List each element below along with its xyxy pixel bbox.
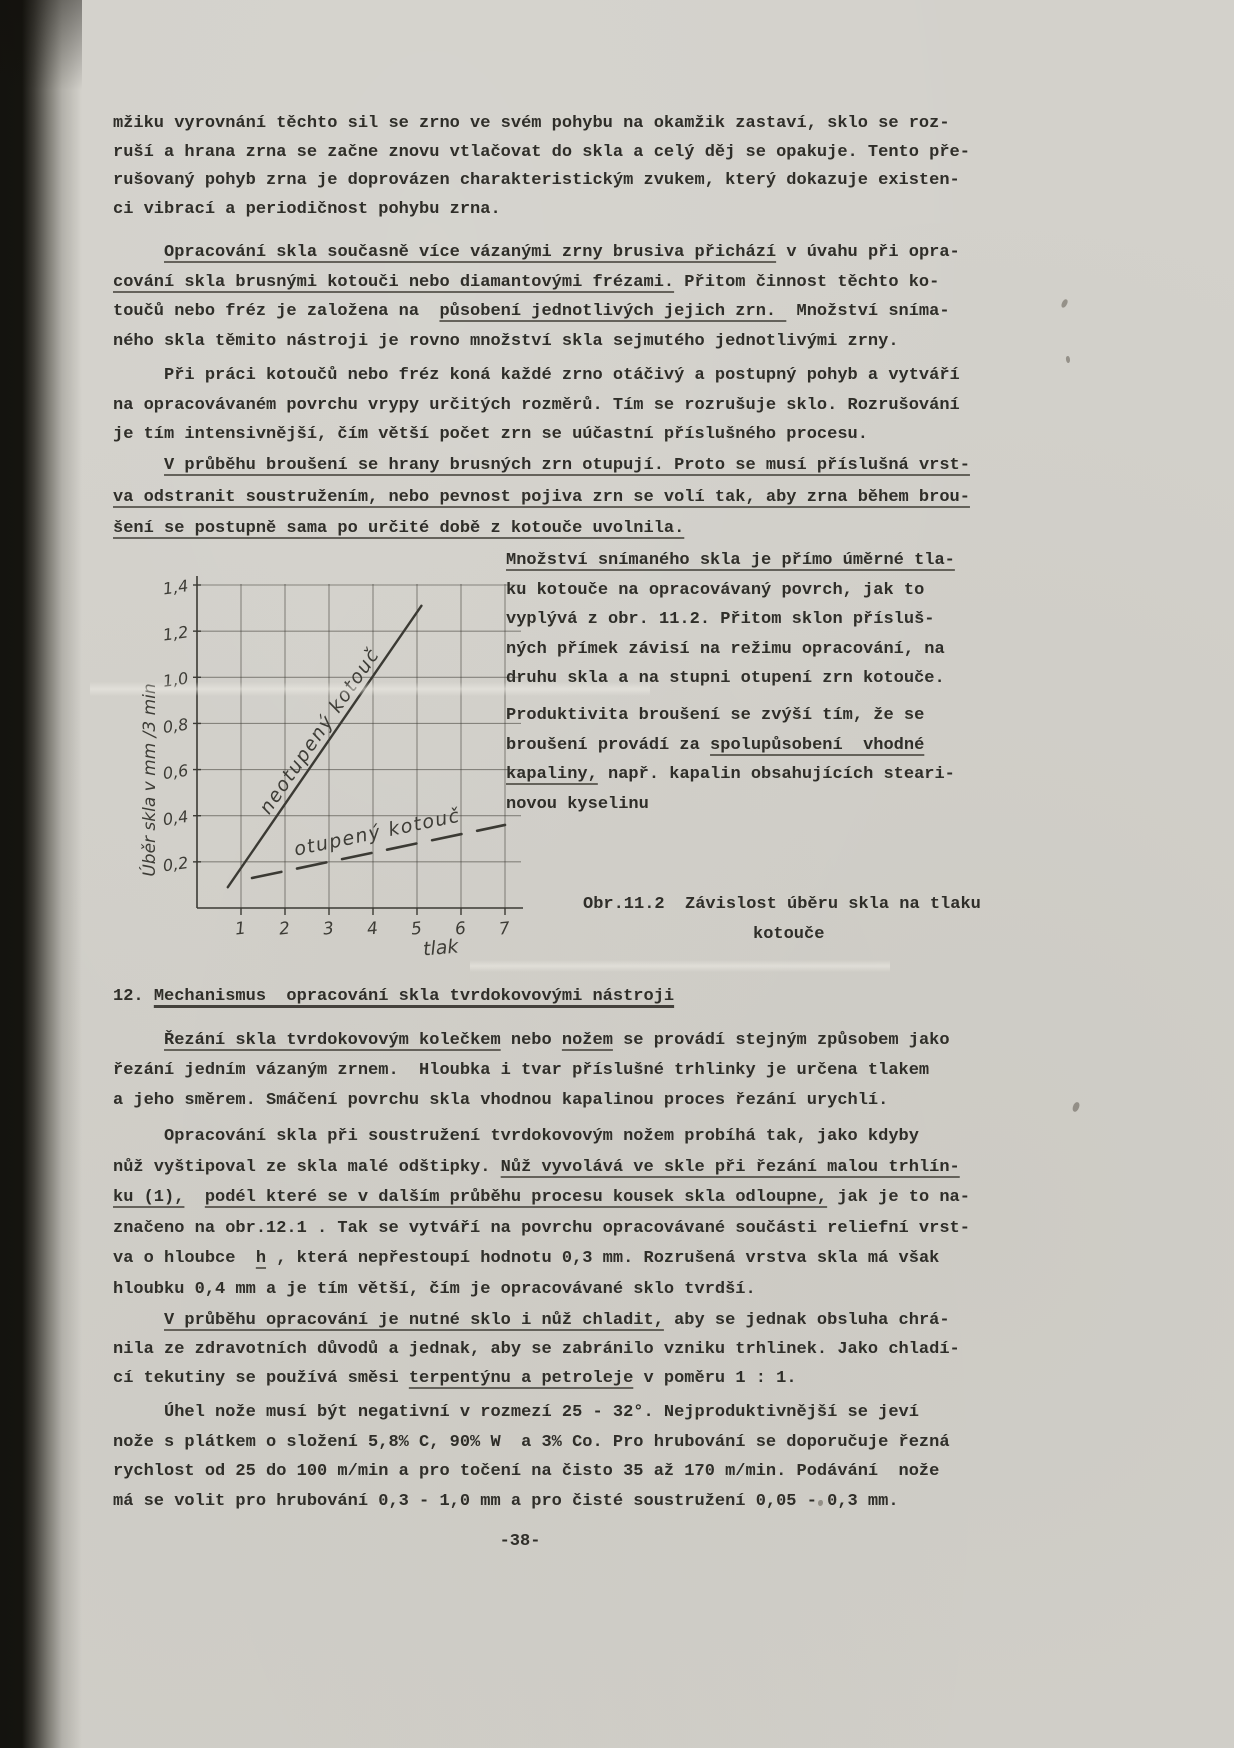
text-line: je tím intensivnější, čím větší počet zr…: [113, 420, 993, 450]
text-line: Množství snímaného skla je přímo úměrné …: [506, 546, 981, 576]
text-line: ku kotouče na opracovávaný povrch, jak t…: [506, 576, 981, 606]
x-axis-label: tlak: [422, 935, 460, 960]
text-segment: ných přímek závisí na režimu opracování,…: [506, 640, 945, 659]
underlined-text: h: [256, 1249, 266, 1268]
text-line: va o hloubce h , která nepřestoupí hodno…: [113, 1244, 1003, 1275]
section-heading: 12. Mechanismus opracování skla tvrdokov…: [113, 982, 1013, 1012]
text-segment: ného skla těmito nástroji je rovno množs…: [113, 332, 899, 351]
underlined-text: Opracování skla současně více vázanými z…: [164, 243, 776, 262]
text-segment: je tím intensivnější, čím větší počet zr…: [113, 425, 868, 444]
text-line: druhu skla a na stupni otupení zrn kotou…: [506, 664, 981, 694]
underlined-text: působení jednotlivých jejich zrn.: [439, 302, 786, 321]
text-line: řezání jedním vázaným zrnem. Hloubka i t…: [113, 1056, 1003, 1086]
series-label: neotupený kotouč: [255, 644, 384, 818]
text-line: na opracovávaném povrchu vrypy určitých …: [113, 391, 993, 421]
y-tick-label: 1,4: [162, 576, 190, 598]
text-line: ruší a hrana zrna se začne znovu vtlačov…: [113, 139, 993, 168]
series-label: otupený kotouč: [292, 805, 462, 861]
paragraph: V průběhu broušení se hrany brusných zrn…: [113, 450, 993, 545]
paragraph: Produktivita broušení se zvýší tím, že s…: [506, 701, 981, 819]
text-line: vyplývá z obr. 11.2. Přitom sklon příslu…: [506, 605, 981, 635]
text-line: va odstranit soustružením, nebo pevnost …: [113, 482, 993, 514]
text-segment: a jeho směrem. Smáčení povrchu skla vhod…: [113, 1091, 888, 1110]
underlined-text: podél které se v dalším průběhu procesu …: [205, 1188, 827, 1207]
text-line: Při práci kotoučů nebo fréz koná každé z…: [113, 361, 993, 391]
text-line: V průběhu opracování je nutné sklo i nůž…: [113, 1306, 1003, 1335]
underlined-text: Řezání skla tvrdokovovým kolečkem: [164, 1031, 501, 1050]
text-segment: se provádí stejným způsobem jako: [613, 1031, 950, 1050]
text-segment: aby se jednak obsluha chrá-: [664, 1311, 950, 1330]
text-line: mžiku vyrovnání těchto sil se zrno ve sv…: [113, 110, 993, 139]
text-segment: vyplývá z obr. 11.2. Přitom sklon příslu…: [506, 610, 934, 629]
y-tick-label: 0,8: [162, 715, 190, 737]
text-segment: řezání jedním vázaným zrnem. Hloubka i t…: [113, 1061, 929, 1080]
paragraph: mžiku vyrovnání těchto sil se zrno ve sv…: [113, 110, 993, 224]
text-segment: toučů nebo fréz je založena na: [113, 302, 439, 321]
text-segment: nůž vyštipoval ze skla malé odštipky.: [113, 1158, 501, 1177]
text-segment: Při práci kotoučů nebo fréz koná každé z…: [113, 366, 960, 385]
text-segment: nože s plátkem o složení 5,8% C, 90% W a…: [113, 1433, 950, 1452]
figure-chart: 1,41,21,00,80,60,40,21234567Úběr skla v …: [137, 540, 539, 974]
text-segment: rušovaný pohyb zrna je doprovázen charak…: [113, 171, 960, 190]
text-line: ných přímek závisí na režimu opracování,…: [506, 635, 981, 665]
x-tick-label: 1: [234, 919, 247, 940]
text-line: Opracování skla současně více vázanými z…: [113, 238, 993, 268]
underlined-text: kapaliny,: [506, 765, 598, 784]
y-tick-label: 0,4: [162, 807, 190, 829]
text-segment: broušení provádí za: [506, 736, 710, 755]
text-segment: nebo: [501, 1031, 562, 1050]
paper-speck: [1065, 356, 1070, 364]
text-segment: cí tekutiny se používá směsi: [113, 1369, 409, 1388]
x-tick-label: 2: [278, 919, 291, 940]
text-segment: Opracování skla při soustružení tvrdokov…: [113, 1127, 919, 1146]
text-segment: druhu skla a na stupni otupení zrn kotou…: [506, 669, 945, 688]
text-segment: novou kyselinu: [506, 795, 649, 814]
paragraph: Množství snímaného skla je přímo úměrné …: [506, 546, 981, 694]
y-tick-label: 1,2: [162, 622, 190, 644]
text-segment: [113, 456, 164, 475]
text-segment: v úvahu při opra-: [776, 243, 960, 262]
text-segment: značeno na obr.12.1 . Tak se vytváří na …: [113, 1219, 970, 1238]
underlined-text: Množství snímaného skla je přímo úměrné …: [506, 551, 955, 570]
text-line: Opracování skla při soustružení tvrdokov…: [113, 1122, 1003, 1153]
y-axis-label: Úběr skla v mm /3 min: [138, 683, 160, 876]
text-segment: Přitom činnost těchto ko-: [674, 273, 939, 292]
caption-line: kotouče: [583, 920, 1003, 950]
text-line: novou kyselinu: [506, 790, 981, 820]
x-tick-label: 5: [410, 919, 423, 940]
text-line: hloubku 0,4 mm a je tím větší, čím je op…: [113, 1275, 1003, 1306]
text-line: Řezání skla tvrdokovovým kolečkem nebo n…: [113, 1026, 1003, 1056]
text-segment: ku kotouče na opracovávaný povrch, jak t…: [506, 581, 924, 600]
underlined-text: terpentýnu a petroleje: [409, 1369, 633, 1388]
text-segment: rychlost od 25 do 100 m/min a pro točení…: [113, 1462, 939, 1481]
paragraph: Opracování skla současně více vázanými z…: [113, 238, 993, 356]
text-segment: [113, 243, 164, 262]
text-segment: např. kapalin obsahujících steari-: [598, 765, 955, 784]
y-tick-label: 0,6: [162, 761, 190, 783]
text-line: rychlost od 25 do 100 m/min a pro točení…: [113, 1457, 1003, 1487]
text-line: nože s plátkem o složení 5,8% C, 90% W a…: [113, 1428, 1003, 1458]
text-segment: va o hloubce: [113, 1249, 256, 1268]
text-segment: [113, 1031, 164, 1050]
text-line: toučů nebo fréz je založena na působení …: [113, 297, 993, 327]
page-number: -38-: [0, 1532, 1040, 1551]
underlined-text: nožem: [562, 1031, 613, 1050]
text-line: cování skla brusnými kotouči nebo diaman…: [113, 268, 993, 298]
text-segment: Množství sníma-: [786, 302, 949, 321]
text-line: rušovaný pohyb zrna je doprovázen charak…: [113, 167, 993, 196]
underlined-text: spolupůsobení vhodné: [710, 736, 924, 755]
text-line: V průběhu broušení se hrany brusných zrn…: [113, 450, 993, 482]
text-segment: v poměru 1 : 1.: [633, 1369, 796, 1388]
text-segment: hloubku 0,4 mm a je tím větší, čím je op…: [113, 1280, 756, 1299]
text-line: Úhel nože musí být negativní v rozmezí 2…: [113, 1398, 1003, 1428]
text-segment: ci vibrací a periodičnost pohybu zrna.: [113, 200, 501, 219]
text-line: ci vibrací a periodičnost pohybu zrna.: [113, 196, 993, 225]
text-segment: 12.: [113, 987, 154, 1006]
text-segment: na opracovávaném povrchu vrypy určitých …: [113, 396, 960, 415]
text-line: ného skla těmito nástroji je rovno množs…: [113, 327, 993, 357]
underlined-text: va odstranit soustružením, nebo pevnost …: [113, 488, 970, 507]
caption-line: Obr.11.2 Závislost úběru skla na tlaku: [583, 890, 1003, 920]
x-tick-label: 7: [498, 918, 511, 939]
text-line: ku (1), podél které se v dalším průběhu …: [113, 1183, 1003, 1214]
figure-caption: Obr.11.2 Závislost úběru skla na tlaku k…: [583, 890, 1003, 950]
underlined-text: V průběhu opracování je nutné sklo i nůž…: [164, 1311, 664, 1330]
paper-speck: [1060, 298, 1068, 308]
underlined-text: Nůž vyvolává ve skle při řezání malou tr…: [501, 1158, 960, 1177]
scanned-page: mžiku vyrovnání těchto sil se zrno ve sv…: [0, 0, 1234, 1748]
paragraph: Řezání skla tvrdokovovým kolečkem nebo n…: [113, 1026, 1003, 1116]
text-segment: má se volit pro hrubování 0,3 - 1,0 mm a…: [113, 1492, 899, 1511]
x-tick-label: 4: [366, 919, 379, 940]
text-line: značeno na obr.12.1 . Tak se vytváří na …: [113, 1214, 1003, 1245]
text-segment: jak je to na-: [827, 1188, 970, 1207]
text-line: a jeho směrem. Smáčení povrchu skla vhod…: [113, 1086, 1003, 1116]
underlined-text: cování skla brusnými kotouči nebo diaman…: [113, 273, 674, 292]
text-line: cí tekutiny se používá směsi terpentýnu …: [113, 1364, 1003, 1393]
text-line: nůž vyštipoval ze skla malé odštipky. Nů…: [113, 1153, 1003, 1184]
text-segment: [113, 1311, 164, 1330]
paper-speck: [1072, 1101, 1081, 1112]
x-tick-label: 3: [322, 919, 335, 940]
paragraph: Při práci kotoučů nebo fréz koná každé z…: [113, 361, 993, 450]
underlined-text: šení se postupně sama po určité době z k…: [113, 519, 684, 538]
text-segment: nila ze zdravotních důvodů a jednak, aby…: [113, 1340, 960, 1359]
text-segment: [184, 1188, 204, 1207]
text-line: nila ze zdravotních důvodů a jednak, aby…: [113, 1335, 1003, 1364]
text-line: broušení provádí za spolupůsobení vhodné: [506, 731, 981, 761]
paragraph: V průběhu opracování je nutné sklo i nůž…: [113, 1306, 1003, 1393]
text-segment: Produktivita broušení se zvýší tím, že s…: [506, 706, 924, 725]
underlined-text: ku (1),: [113, 1188, 184, 1207]
text-line: má se volit pro hrubování 0,3 - 1,0 mm a…: [113, 1487, 1003, 1517]
underlined-text: V průběhu broušení se hrany brusných zrn…: [164, 456, 970, 475]
text-segment: Úhel nože musí být negativní v rozmezí 2…: [113, 1403, 919, 1422]
paragraph: Úhel nože musí být negativní v rozmezí 2…: [113, 1398, 1003, 1516]
text-line: Produktivita broušení se zvýší tím, že s…: [506, 701, 981, 731]
y-tick-label: 1,0: [162, 668, 190, 690]
text-line: 12. Mechanismus opracování skla tvrdokov…: [113, 982, 1013, 1012]
paragraph: Opracování skla při soustružení tvrdokov…: [113, 1122, 1003, 1305]
text-segment: ruší a hrana zrna se začne znovu vtlačov…: [113, 143, 970, 162]
y-tick-label: 0,2: [162, 853, 190, 875]
text-segment: , která nepřestoupí hodnotu 0,3 mm. Rozr…: [266, 1249, 939, 1268]
binding-shadow: [0, 0, 82, 1748]
underlined-text: Mechanismus opracování skla tvrdokovovým…: [154, 987, 674, 1006]
text-line: kapaliny, např. kapalin obsahujících ste…: [506, 760, 981, 790]
text-segment: mžiku vyrovnání těchto sil se zrno ve sv…: [113, 114, 950, 133]
